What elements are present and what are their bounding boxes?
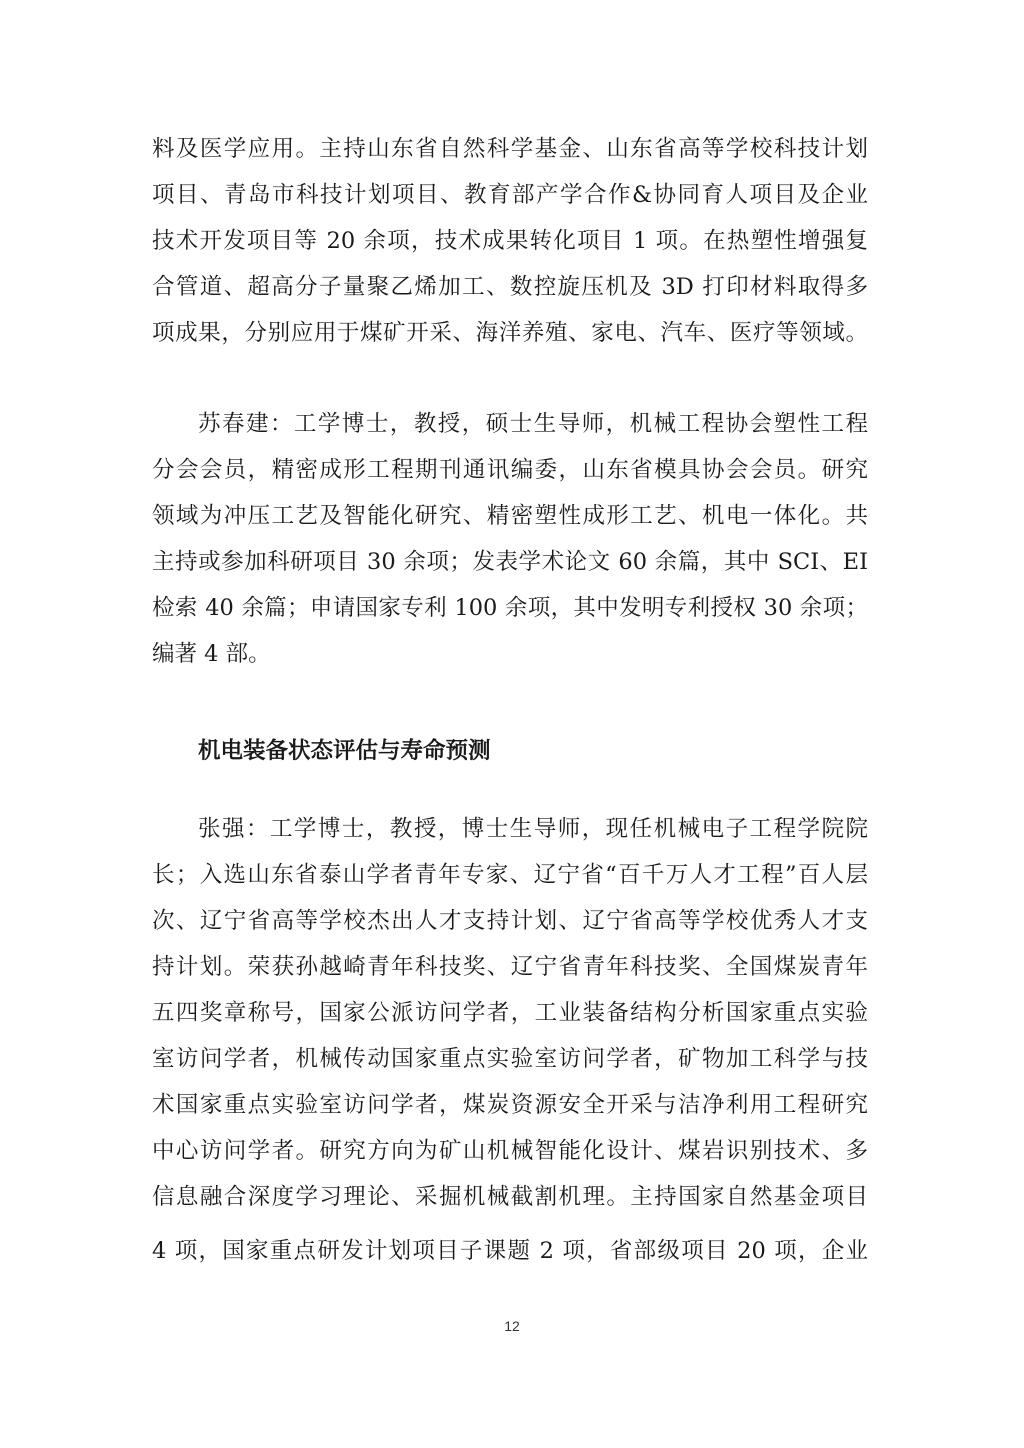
paragraph-1-line-4: 合管道、超高分子量聚乙烯加工、数控旋压机及 3D 打印材料取得多 <box>152 272 868 302</box>
paragraph-3-line-7: 术国家重点实验室访问学者，煤炭资源安全开采与洁净利用工程研究 <box>152 1090 868 1120</box>
paragraph-3-line-9: 信息融合深度学习理论、采掘机械截割机理。主持国家自然基金项目 <box>152 1182 868 1212</box>
paragraph-3-line-6: 室访问学者，机械传动国家重点实验室访问学者，矿物加工科学与技 <box>152 1044 868 1074</box>
paragraph-2-line-2: 分会会员，精密成形工程期刊通讯编委，山东省模具协会会员。研究 <box>152 455 868 485</box>
document-page: 料及医学应用。主持山东省自然科学基金、山东省高等学校科技计划 项目、青岛市科技计… <box>0 0 1024 1448</box>
section-heading: 机电装备状态评估与寿命预测 <box>198 736 491 766</box>
paragraph-2-line-1: 苏春建：工学博士，教授，硕士生导师，机械工程协会塑性工程 <box>198 409 868 439</box>
paragraph-2-line-6: 编著 4 部。 <box>152 639 868 669</box>
paragraph-3-line-5: 五四奖章称号，国家公派访问学者，工业装备结构分析国家重点实验 <box>152 998 868 1028</box>
paragraph-1-line-1: 料及医学应用。主持山东省自然科学基金、山东省高等学校科技计划 <box>152 134 868 164</box>
paragraph-3-line-3: 次、辽宁省高等学校杰出人才支持计划、辽宁省高等学校优秀人才支 <box>152 906 868 936</box>
paragraph-2-line-5: 检索 40 余篇；申请国家专利 100 余项，其中发明专利授权 30 余项； <box>152 593 868 623</box>
page-number: 12 <box>0 1318 1024 1334</box>
paragraph-1-line-2: 项目、青岛市科技计划项目、教育部产学合作&协同育人项目及企业 <box>152 180 868 210</box>
paragraph-3-line-2: 长；入选山东省泰山学者青年专家、辽宁省“百千万人才工程”百人层 <box>152 860 868 890</box>
paragraph-3-line-1: 张强：工学博士，教授，博士生导师，现任机械电子工程学院院 <box>198 814 868 844</box>
paragraph-3-line-8: 中心访问学者。研究方向为矿山机械智能化设计、煤岩识别技术、多 <box>152 1136 868 1166</box>
paragraph-1-line-3: 技术开发项目等 20 余项，技术成果转化项目 1 项。在热塑性增强复 <box>152 226 868 256</box>
paragraph-2-line-3: 领域为冲压工艺及智能化研究、精密塑性成形工艺、机电一体化。共 <box>152 501 868 531</box>
paragraph-2-line-4: 主持或参加科研项目 30 余项；发表学术论文 60 余篇，其中 SCI、EI <box>152 547 868 577</box>
paragraph-1-line-5: 项成果，分别应用于煤矿开采、海洋养殖、家电、汽车、医疗等领域。 <box>152 318 868 348</box>
paragraph-3-line-4: 持计划。荣获孙越崎青年科技奖、辽宁省青年科技奖、全国煤炭青年 <box>152 952 868 982</box>
paragraph-3-line-10: 4 项，国家重点研发计划项目子课题 2 项，省部级项目 20 项，企业 <box>152 1236 868 1266</box>
